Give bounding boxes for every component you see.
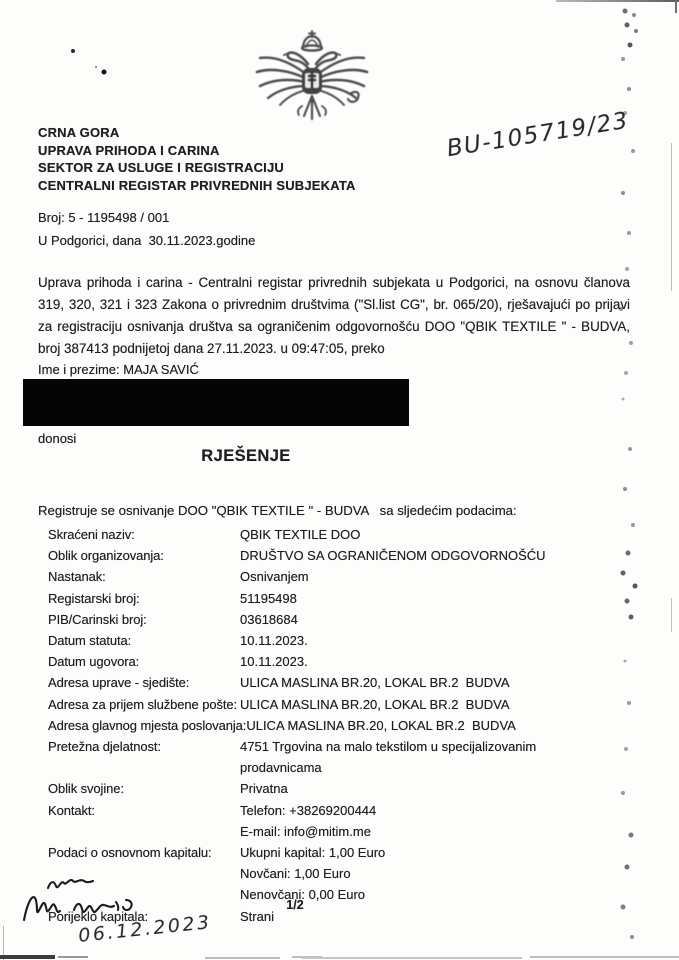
field-row-contract-date: Datum ugovora: 10.11.2023. bbox=[48, 651, 648, 672]
field-value: QBIK TEXTILE DOO bbox=[240, 524, 360, 545]
redaction-box bbox=[23, 379, 409, 426]
field-label bbox=[48, 821, 240, 842]
field-row-statute-date: Datum statuta: 10.11.2023. bbox=[48, 630, 648, 651]
field-label: PIB/Carinski broj: bbox=[48, 609, 240, 630]
field-value: Telefon: +38269200444 bbox=[240, 800, 376, 821]
scan-top-edge-artifact bbox=[556, 0, 679, 2]
field-value: Privatna bbox=[240, 778, 288, 799]
field-value: ULICA MASLINA BR.20, LOKAL BR.2 BUDVA bbox=[240, 694, 510, 715]
field-value: 10.11.2023. bbox=[240, 630, 308, 651]
field-row-ownership: Oblik svojine: Privatna bbox=[48, 778, 648, 799]
field-row-contact-email: E-mail: info@mitim.me bbox=[48, 821, 648, 842]
field-value: Ukupni kapital: 1,00 Euro bbox=[240, 842, 385, 863]
field-value: prodavnicama bbox=[240, 757, 322, 778]
field-label: Adresa glavnog mjesta poslovanja: bbox=[48, 715, 246, 736]
field-value: ULICA MASLINA BR.20, LOKAL BR.2 BUDVA bbox=[246, 715, 516, 736]
field-value: 10.11.2023. bbox=[240, 651, 308, 672]
registration-fields-table: Skraćeni naziv: QBIK TEXTILE DOO Oblik o… bbox=[48, 524, 648, 927]
scan-noise-speckles bbox=[0, 0, 2, 2]
field-row-business-address: Adresa glavnog mjesta poslovanja: ULICA … bbox=[48, 715, 648, 736]
header-line-administration: UPRAVA PRIHODA I CARINA bbox=[38, 142, 356, 160]
applicant-name-line: Ime i prezime: MAJA SAVIĆ bbox=[38, 362, 199, 377]
field-row-activity-cont: prodavnicama bbox=[48, 757, 648, 778]
field-value: Osnivanjem bbox=[240, 566, 309, 587]
header-line-sector: SEKTOR ZA USLUGE I REGISTRACIJU bbox=[38, 159, 356, 177]
field-label: Oblik organizovanja: bbox=[48, 545, 240, 566]
field-label: Pretežna djelatnost: bbox=[48, 736, 240, 757]
document-number-line: Broj: 5 - 1195498 / 001 bbox=[38, 210, 169, 225]
field-value: E-mail: info@mitim.me bbox=[240, 821, 371, 842]
scan-corner-tick bbox=[675, 0, 677, 13]
field-row-org-form: Oblik organizovanja: DRUŠTVO SA OGRANIČE… bbox=[48, 545, 648, 566]
scan-right-edge-line bbox=[671, 143, 672, 291]
org-header: CRNA GORA UPRAVA PRIHODA I CARINA SEKTOR… bbox=[38, 124, 356, 194]
decision-title: RJEŠENJE bbox=[0, 447, 492, 466]
registration-statement: Registruje se osnivanje DOO "QBIK TEXTIL… bbox=[38, 503, 517, 518]
field-row-origin: Nastanak: Osnivanjem bbox=[48, 566, 648, 587]
field-label: Datum statuta: bbox=[48, 630, 240, 651]
scan-right-edge-line bbox=[671, 598, 672, 632]
place-date-line: U Podgorici, dana 30.11.2023.godine bbox=[38, 233, 255, 248]
field-value: Novčani: 1,00 Euro bbox=[240, 863, 351, 884]
field-label: Nastanak: bbox=[48, 566, 240, 587]
header-line-country: CRNA GORA bbox=[38, 124, 356, 142]
field-label: Adresa uprave - sjedište: bbox=[48, 672, 240, 693]
handwritten-reference: BU-105719/23 bbox=[445, 108, 631, 162]
field-row-short-name: Skraćeni naziv: QBIK TEXTILE DOO bbox=[48, 524, 648, 545]
field-label: Kontakt: bbox=[48, 800, 240, 821]
coat-of-arms-icon bbox=[250, 28, 374, 131]
field-label: Oblik svojine: bbox=[48, 778, 240, 799]
field-label: Podaci o osnovnom kapitalu: bbox=[48, 842, 240, 863]
field-row-capital-total: Podaci o osnovnom kapitalu: Ukupni kapit… bbox=[48, 842, 648, 863]
decree-word: donosi bbox=[38, 431, 76, 446]
field-value: ULICA MASLINA BR.20, LOKAL BR.2 BUDVA bbox=[240, 672, 510, 693]
field-row-registry-number: Registarski broj: 51195498 bbox=[48, 588, 648, 609]
document-page: BU-105719/23 CRNA GORA UPRAVA PRIHODA I … bbox=[0, 0, 679, 960]
field-row-contact-phone: Kontakt: Telefon: +38269200444 bbox=[48, 800, 648, 821]
field-label: Adresa za prijem službene pošte: bbox=[48, 694, 240, 715]
field-label: Skraćeni naziv: bbox=[48, 524, 240, 545]
field-label: Datum ugovora: bbox=[48, 651, 240, 672]
field-row-mail-address: Adresa za prijem službene pošte: ULICA M… bbox=[48, 694, 648, 715]
field-row-pib: PIB/Carinski broj: 03618684 bbox=[48, 609, 648, 630]
field-row-activity: Pretežna djelatnost: 4751 Trgovina na ma… bbox=[48, 736, 648, 757]
header-line-registry: CENTRALNI REGISTAR PRIVREDNIH SUBJEKATA bbox=[38, 177, 356, 195]
field-value: 4751 Trgovina na malo tekstilom u specij… bbox=[240, 736, 536, 757]
field-value: 51195498 bbox=[240, 588, 297, 609]
intro-paragraph: Uprava prihoda i carina - Centralni regi… bbox=[38, 272, 630, 360]
field-value: 03618684 bbox=[240, 609, 298, 630]
field-value: DRUŠTVO SA OGRANIČENOM ODGOVORNOŠĆU bbox=[240, 545, 546, 566]
field-row-hq-address: Adresa uprave - sjedište: ULICA MASLINA … bbox=[48, 672, 648, 693]
field-label bbox=[48, 757, 240, 778]
field-label: Registarski broj: bbox=[48, 588, 240, 609]
